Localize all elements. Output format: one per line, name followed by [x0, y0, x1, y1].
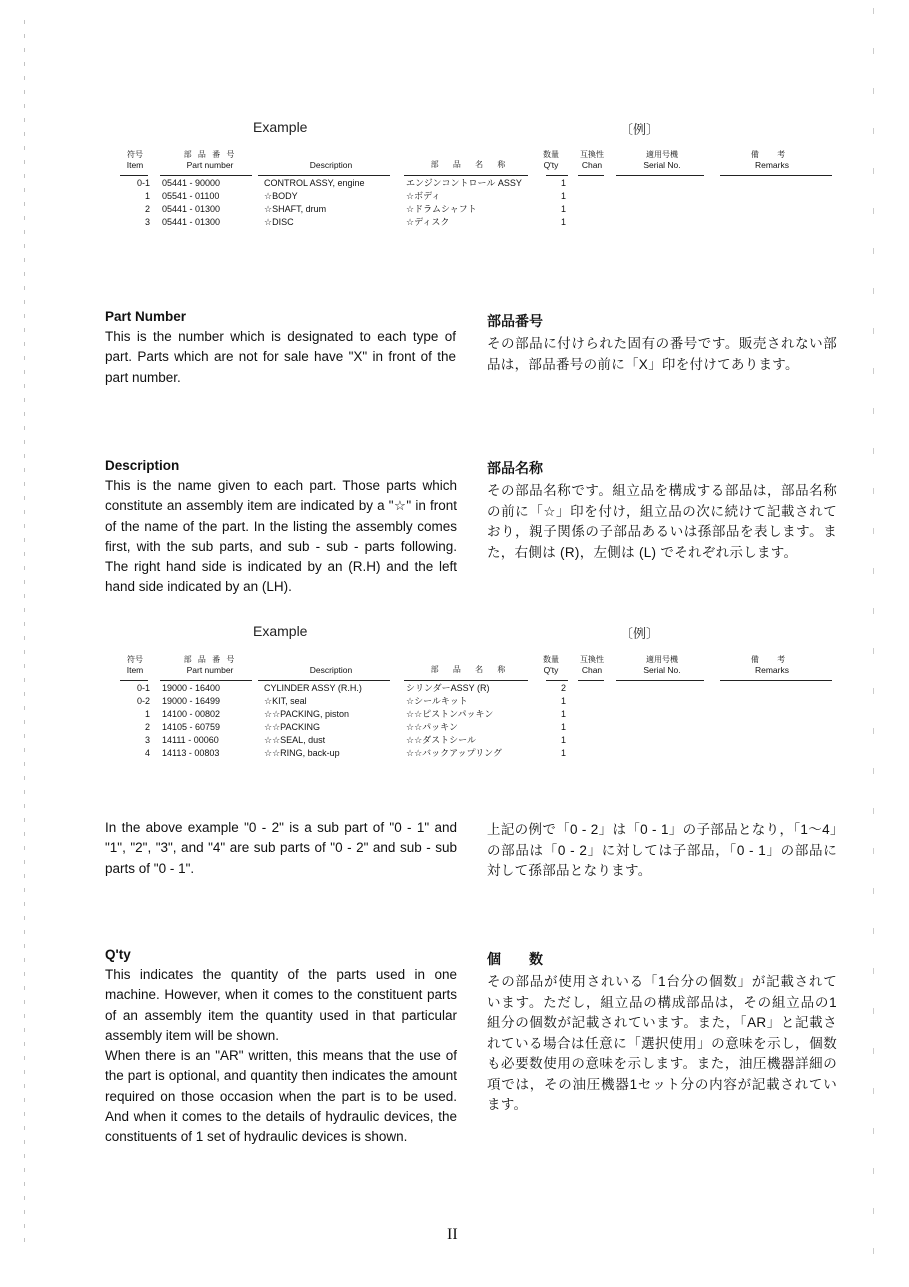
section-body: This is the name given to each part. Tho…: [105, 476, 457, 598]
table-row: 2 14105 - 60759 ☆☆PACKING ☆☆パッキン 1: [120, 721, 832, 734]
header-name-jp: 部 品 名 称: [398, 655, 536, 678]
example1-title-jp: 〔例〕: [620, 119, 659, 138]
header-description: Description: [258, 150, 398, 173]
section-body: This indicates the quantity of the parts…: [105, 965, 457, 1046]
header-part-number: 部 品 番 号 Part number: [150, 150, 258, 173]
section-title: Description: [105, 458, 457, 473]
header-item: 符号 Item: [120, 655, 150, 678]
header-serial: 適用号機 Serial No.: [612, 150, 712, 173]
table-row: 2 05441 - 01300 ☆SHAFT, drum ☆ドラムシャフト 1: [120, 203, 832, 216]
qty-section-jp: 個 数 その部品が使用されいる「1台分の個数」が記載されています。ただし，組立品…: [487, 949, 837, 1116]
scan-edge-left: [24, 20, 25, 1250]
description-section-jp: 部品名称 その部品名称です。組立品を構成する部品は，部品名称の前に「☆」印を付け…: [487, 458, 837, 563]
section-body: その部品名称です。組立品を構成する部品は，部品名称の前に「☆」印を付け，組立品の…: [487, 481, 837, 563]
section-title: 個 数: [487, 949, 837, 969]
table-row: 1 05541 - 01100 ☆BODY ☆ボディ 1: [120, 190, 832, 203]
table-row: 0-1 19000 - 16400 CYLINDER ASSY (R.H.) シ…: [120, 682, 832, 695]
header-remarks: 備 考 Remarks: [712, 655, 832, 678]
example2-title-jp: 〔例〕: [620, 623, 659, 642]
part-number-section-en: Part Number This is the number which is …: [105, 309, 456, 388]
section-title: 部品名称: [487, 458, 837, 478]
section-body: This is the number which is designated t…: [105, 327, 456, 388]
header-chan: 互換性 Chan: [572, 655, 612, 678]
example1-table: 符号 Item 部 品 番 号 Part number Description …: [120, 150, 832, 229]
header-part-number: 部 品 番 号 Part number: [150, 655, 258, 678]
header-name-jp: 部 品 名 称: [398, 150, 536, 173]
header-item: 符号 Item: [120, 150, 150, 173]
table-row: 0-1 05441 - 90000 CONTROL ASSY, engine エ…: [120, 177, 832, 190]
section-body: When there is an "AR" written, this mean…: [105, 1046, 457, 1147]
table-row: 4 14113 - 00803 ☆☆RING, back-up ☆☆バックアップ…: [120, 747, 832, 760]
parts-table: 符号 Item 部 品 番 号 Part number Description …: [120, 150, 832, 229]
header-serial: 適用号機 Serial No.: [612, 655, 712, 678]
example-note-en: In the above example "0 - 2" is a sub pa…: [105, 818, 457, 879]
note-body: 上記の例で「0 - 2」は「0 - 1」の子部品となり，「1〜4」の部品は「0 …: [487, 820, 837, 882]
header-remarks: 備 考 Remarks: [712, 150, 832, 173]
table-row: 3 14111 - 00060 ☆☆SEAL, dust ☆☆ダストシール 1: [120, 734, 832, 747]
section-body: その部品が使用されいる「1台分の個数」が記載されています。ただし，組立品の構成部…: [487, 972, 837, 1116]
table-row: 3 05441 - 01300 ☆DISC ☆ディスク 1: [120, 216, 832, 229]
example2-title: Example: [253, 623, 307, 639]
header-chan: 互換性 Chan: [572, 150, 612, 173]
page-number: II: [447, 1226, 458, 1244]
description-section-en: Description This is the name given to ea…: [105, 458, 457, 598]
table-row: 1 14100 - 00802 ☆☆PACKING, piston ☆☆ピストン…: [120, 708, 832, 721]
note-body: In the above example "0 - 2" is a sub pa…: [105, 818, 457, 879]
section-title: Part Number: [105, 309, 456, 324]
header-description: Description: [258, 655, 398, 678]
example1-title: Example: [253, 119, 307, 135]
scan-edge-right: [873, 8, 874, 1268]
part-number-section-jp: 部品番号 その部品に付けられた固有の番号です。販売されない部品は，部品番号の前に…: [487, 311, 837, 375]
table-row: 0-2 19000 - 16499 ☆KIT, seal ☆シールキット 1: [120, 695, 832, 708]
example-note-jp: 上記の例で「0 - 2」は「0 - 1」の子部品となり，「1〜4」の部品は「0 …: [487, 820, 837, 882]
section-body: その部品に付けられた固有の番号です。販売されない部品は，部品番号の前に「X」印を…: [487, 334, 837, 375]
section-title: 部品番号: [487, 311, 837, 331]
header-qty: 数量 Q'ty: [536, 655, 572, 678]
parts-table: 符号 Item 部 品 番 号 Part number Description …: [120, 655, 832, 760]
qty-section-en: Q'ty This indicates the quantity of the …: [105, 947, 457, 1148]
example2-table: 符号 Item 部 品 番 号 Part number Description …: [120, 655, 832, 760]
header-qty: 数量 Q'ty: [536, 150, 572, 173]
section-title: Q'ty: [105, 947, 457, 962]
